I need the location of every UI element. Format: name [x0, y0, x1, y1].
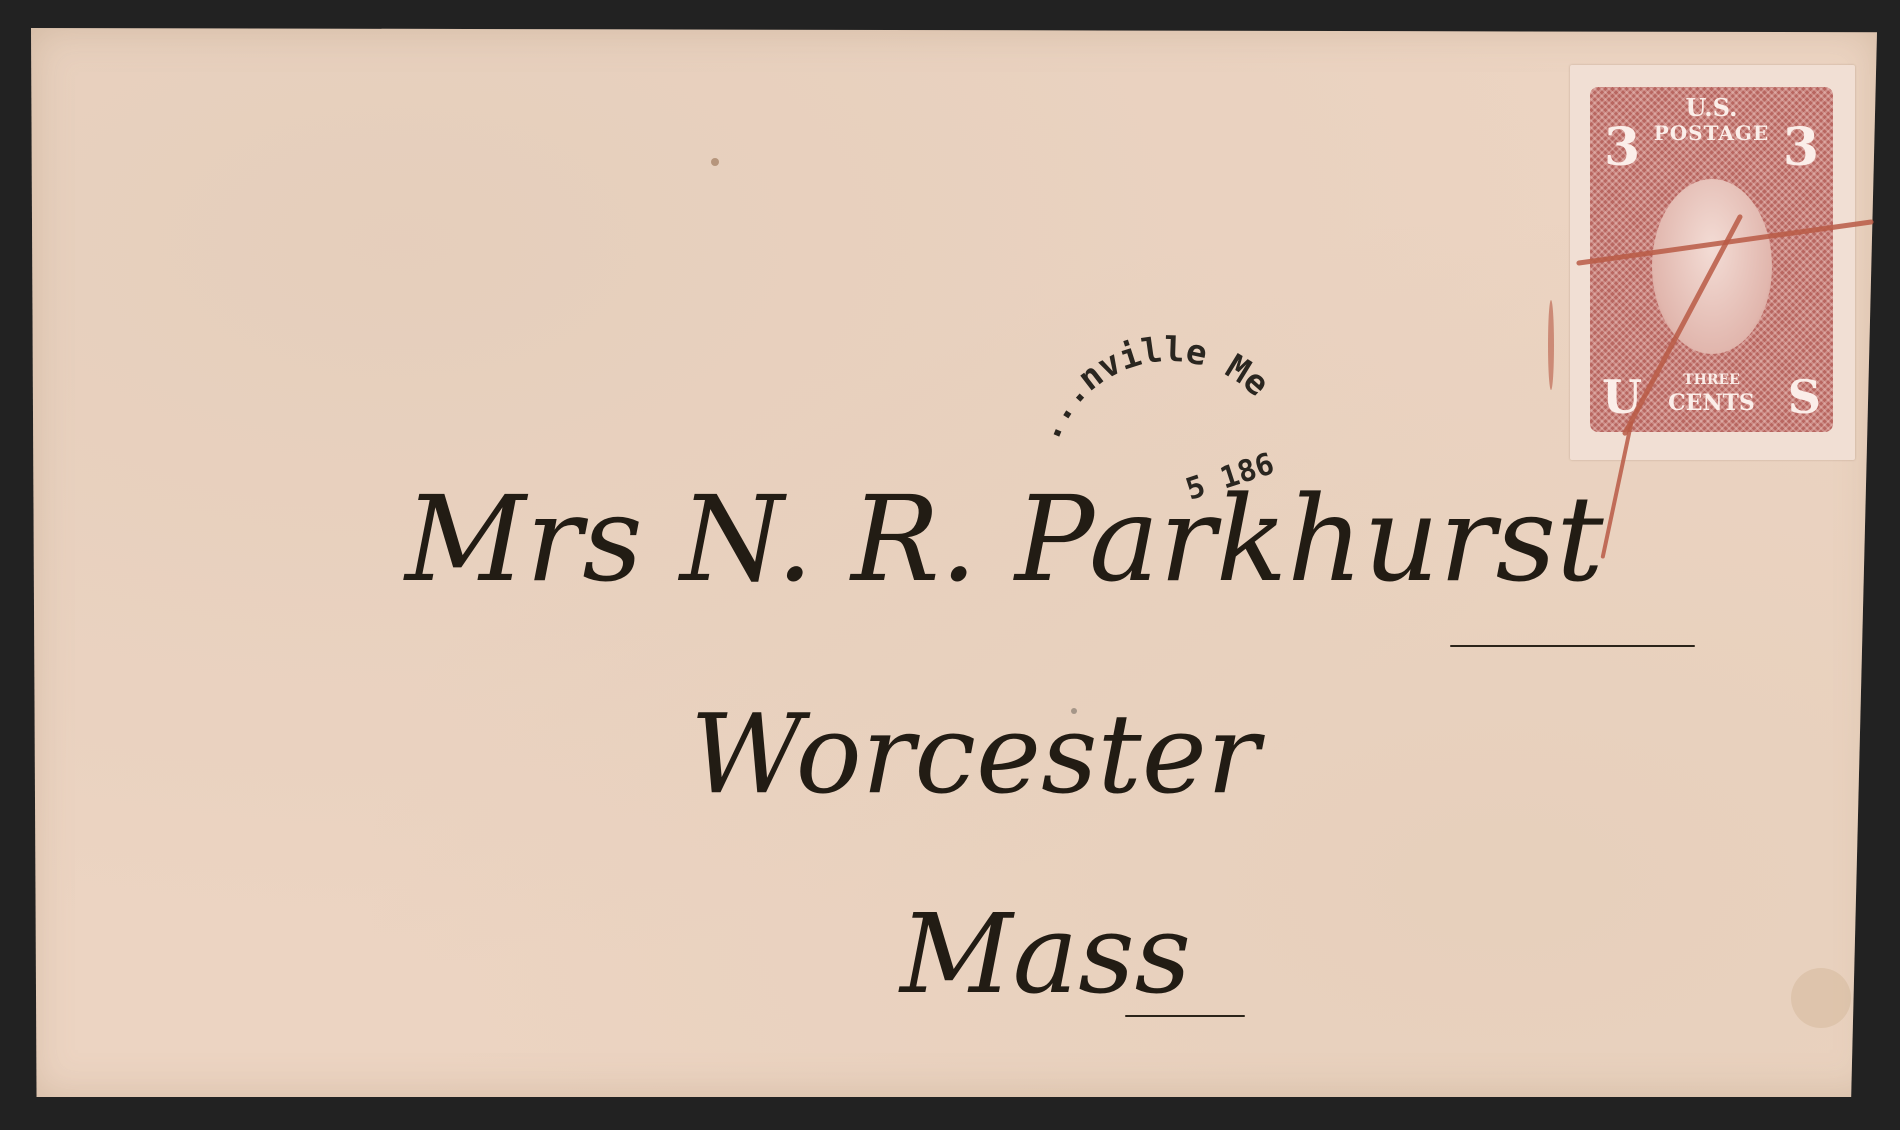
address-state: Mass — [900, 890, 1191, 1018]
flourish-dash — [1125, 1015, 1245, 1017]
stamp-corner-right: S — [1788, 370, 1821, 424]
flourish-dash — [1450, 645, 1695, 647]
paper-spot — [711, 158, 719, 166]
pen-cancel-stroke — [1548, 300, 1554, 390]
stamp-value-left: 3 — [1604, 117, 1640, 178]
stamp-value-right: 3 — [1783, 117, 1819, 178]
postmark-town: ...nville Me — [1028, 330, 1277, 447]
address-name: Mrs N. R. Parkhurst — [405, 470, 1604, 608]
stamp-frame: U.S. POSTAGE 3 3 THREE CENTS U S — [1590, 87, 1833, 432]
address-city: Worcester — [690, 690, 1259, 818]
paper-stain — [1791, 968, 1851, 1028]
